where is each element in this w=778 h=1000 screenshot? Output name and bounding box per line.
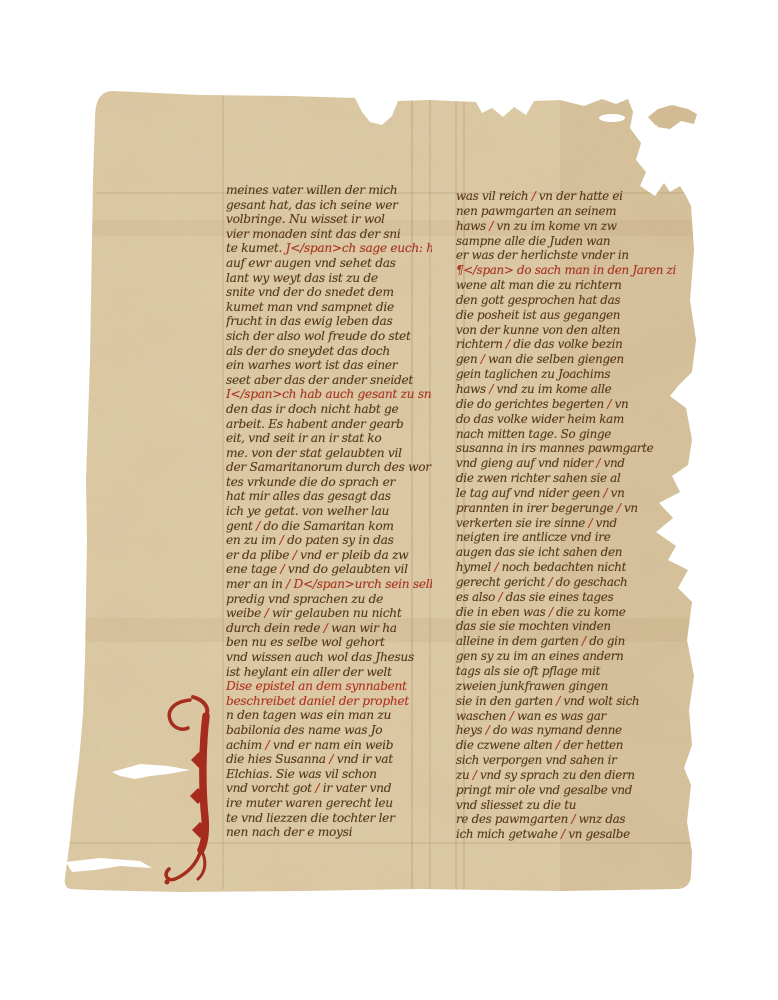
manuscript-line: gerecht gericht / do geschach [456,575,694,590]
manuscript-line: le tag auf vnd nider geen / vn [456,486,694,501]
manuscript-line: er da plibe / vnd er pleib da zw [226,548,432,563]
manuscript-line: mer an in / D</span>urch sein selbs [226,577,432,592]
manuscript-line: es also / das sie eines tages [456,590,694,605]
manuscript-line: pringt mir ole vnd gesalbe vnd [456,783,694,798]
manuscript-line: was vil reich / vn der hatte ei [456,189,694,204]
manuscript-line: durch dein rede / wan wir ha [226,621,432,636]
manuscript-line: die posheit ist aus gegangen [456,308,694,323]
manuscript-line: verkerten sie ire sinne / vnd [456,516,694,531]
manuscript-line: vnd sliesset zu die tu [456,798,694,813]
manuscript-line: gein taglichen zu Joachims [456,367,694,382]
manuscript-line: hat mir alles das gesagt das [226,489,432,504]
manuscript-line: eit, vnd seit ir an ir stat ko [226,431,432,446]
manuscript-line: alleine in dem garten / do gin [456,634,694,649]
manuscript-line: gen / wan die selben giengen [456,352,694,367]
manuscript-line: ¶</span> do sach man in den Jaren zi [456,263,694,278]
manuscript-line: beschreibet daniel der prophet [226,694,432,709]
right-body-text: was vil reich / vn der hatte einen pawmg… [456,189,694,842]
manuscript-line: von der kunne von den alten [456,323,694,338]
left-lower-text: n den tagen was ein man zubabilonia des … [226,708,432,839]
manuscript-line: re des pawmgarten / wnz das [456,812,694,827]
manuscript-line: gesant hat, das ich seine wer [226,198,432,213]
manuscript-line: den gott gesprochen hat das [456,293,694,308]
manuscript-line: vnd gieng auf vnd nider / vnd [456,456,694,471]
manuscript-line: tags als sie oft pflage mit [456,664,694,679]
manuscript-line: er was der herlichste vnder in [456,248,694,263]
manuscript-line: en zu im / do paten sy in das [226,533,432,548]
manuscript-line: seet aber das der ander sneidet [226,373,432,388]
right-text-column: was vil reich / vn der hatte einen pawmg… [456,189,694,842]
manuscript-line: kumet man vnd sampnet die [226,300,432,315]
manuscript-photo: meines vater willen der michgesant hat, … [0,0,778,1000]
manuscript-line: vnd wissen auch wol das Jhesus [226,650,432,665]
left-body-text: meines vater willen der michgesant hat, … [226,183,432,679]
manuscript-line: vnd vorcht got / ir vater vnd [226,781,432,796]
manuscript-line: sich der also wol freude do stet [226,329,432,344]
manuscript-line: zweien junkfrawen gingen [456,679,694,694]
manuscript-line: hymel / noch bedachten nicht [456,560,694,575]
manuscript-line: tes vrkunde die do sprach er [226,475,432,490]
manuscript-line: heys / do was nymand denne [456,723,694,738]
manuscript-line: ich ye getat. von welher lau [226,504,432,519]
manuscript-line: babilonia des name was Jo [226,723,432,738]
manuscript-line: predig vnd sprachen zu de [226,592,432,607]
manuscript-line: ich mich getwahe / vn gesalbe [456,827,694,842]
manuscript-line: gent / do die Samaritan kom [226,519,432,534]
manuscript-line: richtern / die das volke bezin [456,337,694,352]
manuscript-line: zu / vnd sy sprach zu den diern [456,768,694,783]
manuscript-line: ben nu es selbe wol gehort [226,635,432,650]
manuscript-line: n den tagen was ein man zu [226,708,432,723]
manuscript-line: neigten ire antlicze vnd ire [456,530,694,545]
manuscript-line: ist heylant ein aller der welt [226,665,432,680]
manuscript-line: te kumet. J</span>ch sage euch: hebt [226,241,432,256]
manuscript-line: auf ewr augen vnd sehet das [226,256,432,271]
manuscript-line: die do gerichtes begerten / vn [456,397,694,412]
manuscript-line: Dise epistel an dem synnabent [226,679,432,694]
manuscript-line: susanna in irs mannes pawmgarte [456,441,694,456]
manuscript-line: meines vater willen der mich [226,183,432,198]
manuscript-line: die in eben was / die zu kome [456,605,694,620]
manuscript-line: ein warhes wort ist das einer [226,358,432,373]
manuscript-line: ene tage / vnd do gelaubten vil [226,562,432,577]
manuscript-line: waschen / wan es was gar [456,709,694,724]
manuscript-line: augen das sie icht sahen den [456,545,694,560]
manuscript-line: das sie sie mochten vinden [456,619,694,634]
manuscript-line: wene alt man die zu richtern [456,278,694,293]
manuscript-line: me. von der stat gelaubten vil [226,446,432,461]
manuscript-line: die hies Susanna / vnd ir vat [226,752,432,767]
manuscript-line: nen nach der e moysi [226,825,432,840]
manuscript-line: do das volke wider heim kam [456,412,694,427]
manuscript-line: vier monaden sint das der sni [226,227,432,242]
manuscript-line: sich verporgen vnd sahen ir [456,753,694,768]
manuscript-line: frucht in das ewig leben das [226,314,432,329]
manuscript-line: achim / vnd er nam ein weib [226,738,432,753]
manuscript-line: arbeit. Es habent ander gearb [226,417,432,432]
manuscript-line: volbringe. Nu wisset ir wol [226,212,432,227]
manuscript-line: nach mitten tage. So ginge [456,427,694,442]
manuscript-line: nen pawmgarten an seinem [456,204,694,219]
manuscript-line: snite vnd der do snedet dem [226,285,432,300]
manuscript-line: lant wy weyt das ist zu de [226,271,432,286]
manuscript-line: te vnd liezzen die tochter ler [226,811,432,826]
manuscript-line: sampne alle die Juden wan [456,234,694,249]
manuscript-line: prannten in irer begerunge / vn [456,501,694,516]
manuscript-line: gen sy zu im an eines andern [456,649,694,664]
manuscript-line: als der do sneydet das doch [226,344,432,359]
manuscript-line: haws / vn zu im kome vn zw [456,219,694,234]
manuscript-line: die zwen richter sahen sie al [456,471,694,486]
manuscript-line: haws / vnd zu im kome alle [456,382,694,397]
manuscript-line: der Samaritanorum durch des wor [226,460,432,475]
manuscript-line: Elchias. Sie was vil schon [226,767,432,782]
manuscript-line: die czwene alten / der hetten [456,738,694,753]
manuscript-line: ire muter waren gerecht leu [226,796,432,811]
left-text-column: meines vater willen der michgesant hat, … [226,183,432,840]
manuscript-line: weibe / wir gelauben nu nicht [226,606,432,621]
manuscript-line: den das ir doch nicht habt ge [226,402,432,417]
rubric-heading: Dise epistel an dem synnabentbeschreibet… [226,679,432,708]
manuscript-line: sie in den garten / vnd wolt sich [456,694,694,709]
manuscript-line: I</span>ch hab auch gesant zu snei [226,387,432,402]
